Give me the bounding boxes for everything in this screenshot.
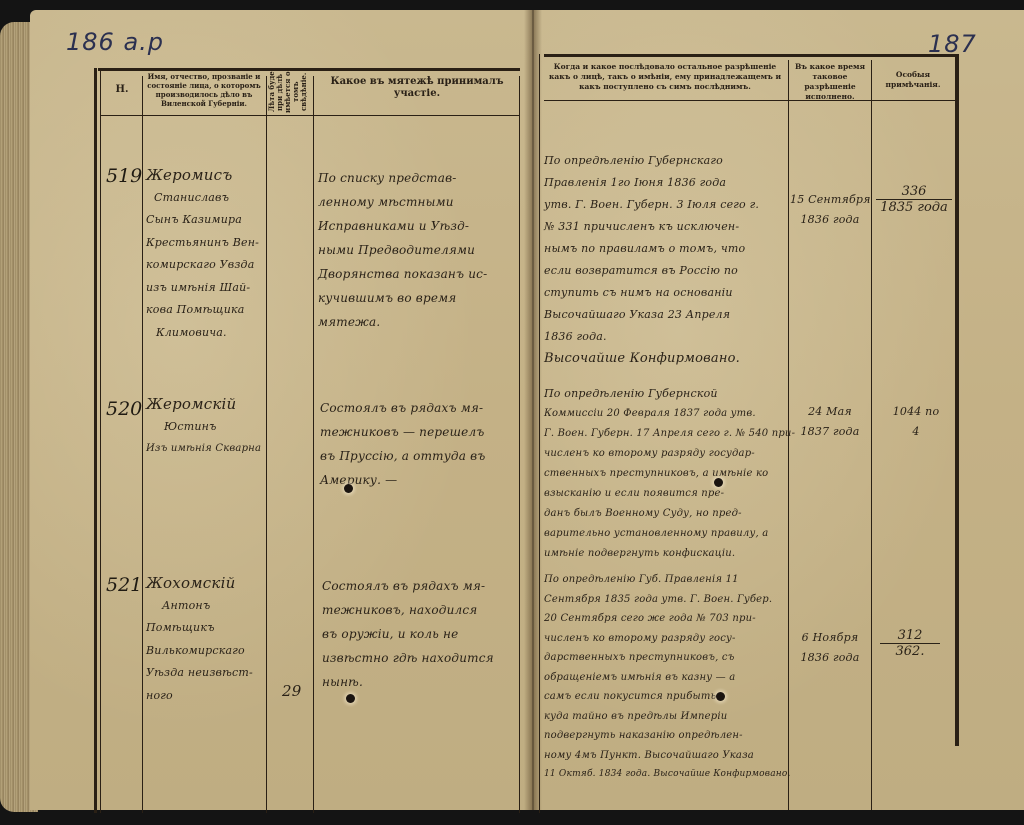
entry-age: 29 xyxy=(282,680,302,703)
binding-hole xyxy=(714,478,723,487)
col-rule-2 xyxy=(266,76,267,813)
binding-hole xyxy=(344,484,353,493)
entry-notes: 1044 по 4 xyxy=(880,402,952,442)
binding-hole xyxy=(716,692,725,701)
ledger-book: 186 a.p 187 Н. Имя, отчество, прозваніе … xyxy=(0,0,1024,825)
header-number: Н. xyxy=(102,84,142,96)
folio-left: 186 a.p xyxy=(66,28,164,56)
frame-left-outer xyxy=(94,68,97,813)
binding-hole xyxy=(346,694,355,703)
col-rule-7 xyxy=(871,60,872,810)
header-bottom-left xyxy=(100,115,520,116)
entry-participation: Состоялъ въ рядахъ мя- тежниковъ — переш… xyxy=(320,396,485,492)
header-decision: Когда и какое послѣдовало остальное разр… xyxy=(544,62,786,92)
entry-number: 520 xyxy=(106,398,142,420)
top-rule-right xyxy=(544,54,958,57)
col-rule-3 xyxy=(313,76,314,813)
entry-number: 521 xyxy=(106,574,142,596)
entry-decision: По опредѣленію Губернскаго Правленія 1го… xyxy=(544,150,759,370)
header-bottom-right xyxy=(544,100,958,101)
header-age: Лѣта буде при дѣлѣ имѣется о томъ свѣдѣн… xyxy=(268,70,312,114)
entry-notes: 336 1835 года xyxy=(876,184,952,215)
entry-executed: 24 Мая 1837 года xyxy=(790,402,870,442)
col-rule-4 xyxy=(519,76,520,813)
header-participation: Какое въ мятежѣ принималъ участіе. xyxy=(316,76,518,100)
entry-notes: 312 362. xyxy=(880,628,940,659)
header-notes: Особыя примѣчанія. xyxy=(873,70,953,90)
entry-name: Жеромскій Юстинъ Изъ имѣнія Скварна xyxy=(146,393,261,461)
entry-participation: По списку представ- ленному мѣстными Исп… xyxy=(318,166,487,334)
entry-name: Жеромисъ Станиславъ Сынъ Казимира Кресть… xyxy=(146,164,259,344)
entry-name: Жохомскій Антонъ Помѣщикъ Вилькомирскаго… xyxy=(146,572,253,707)
header-name: Имя, отчество, прозваніе и состояніе лиц… xyxy=(144,72,264,108)
entry-participation: Состоялъ въ рядахъ мя- тежниковъ, находи… xyxy=(322,574,494,694)
frame-right-outer xyxy=(955,54,959,746)
entry-number: 519 xyxy=(106,165,142,187)
entry-decision: По опредѣленію Губернской Коммиссіи 20 Ф… xyxy=(544,384,795,564)
entry-executed: 15 Сентября 1836 года xyxy=(790,190,870,230)
entry-decision: По опредѣленію Губ. Правленія 11 Сентябр… xyxy=(544,570,791,785)
entry-executed: 6 Ноября 1836 года xyxy=(790,628,870,668)
col-rule-5 xyxy=(539,54,540,813)
header-executed: Въ какое время таковое разрѣшеніе исполн… xyxy=(790,62,870,102)
frame-left-inner xyxy=(100,68,101,813)
